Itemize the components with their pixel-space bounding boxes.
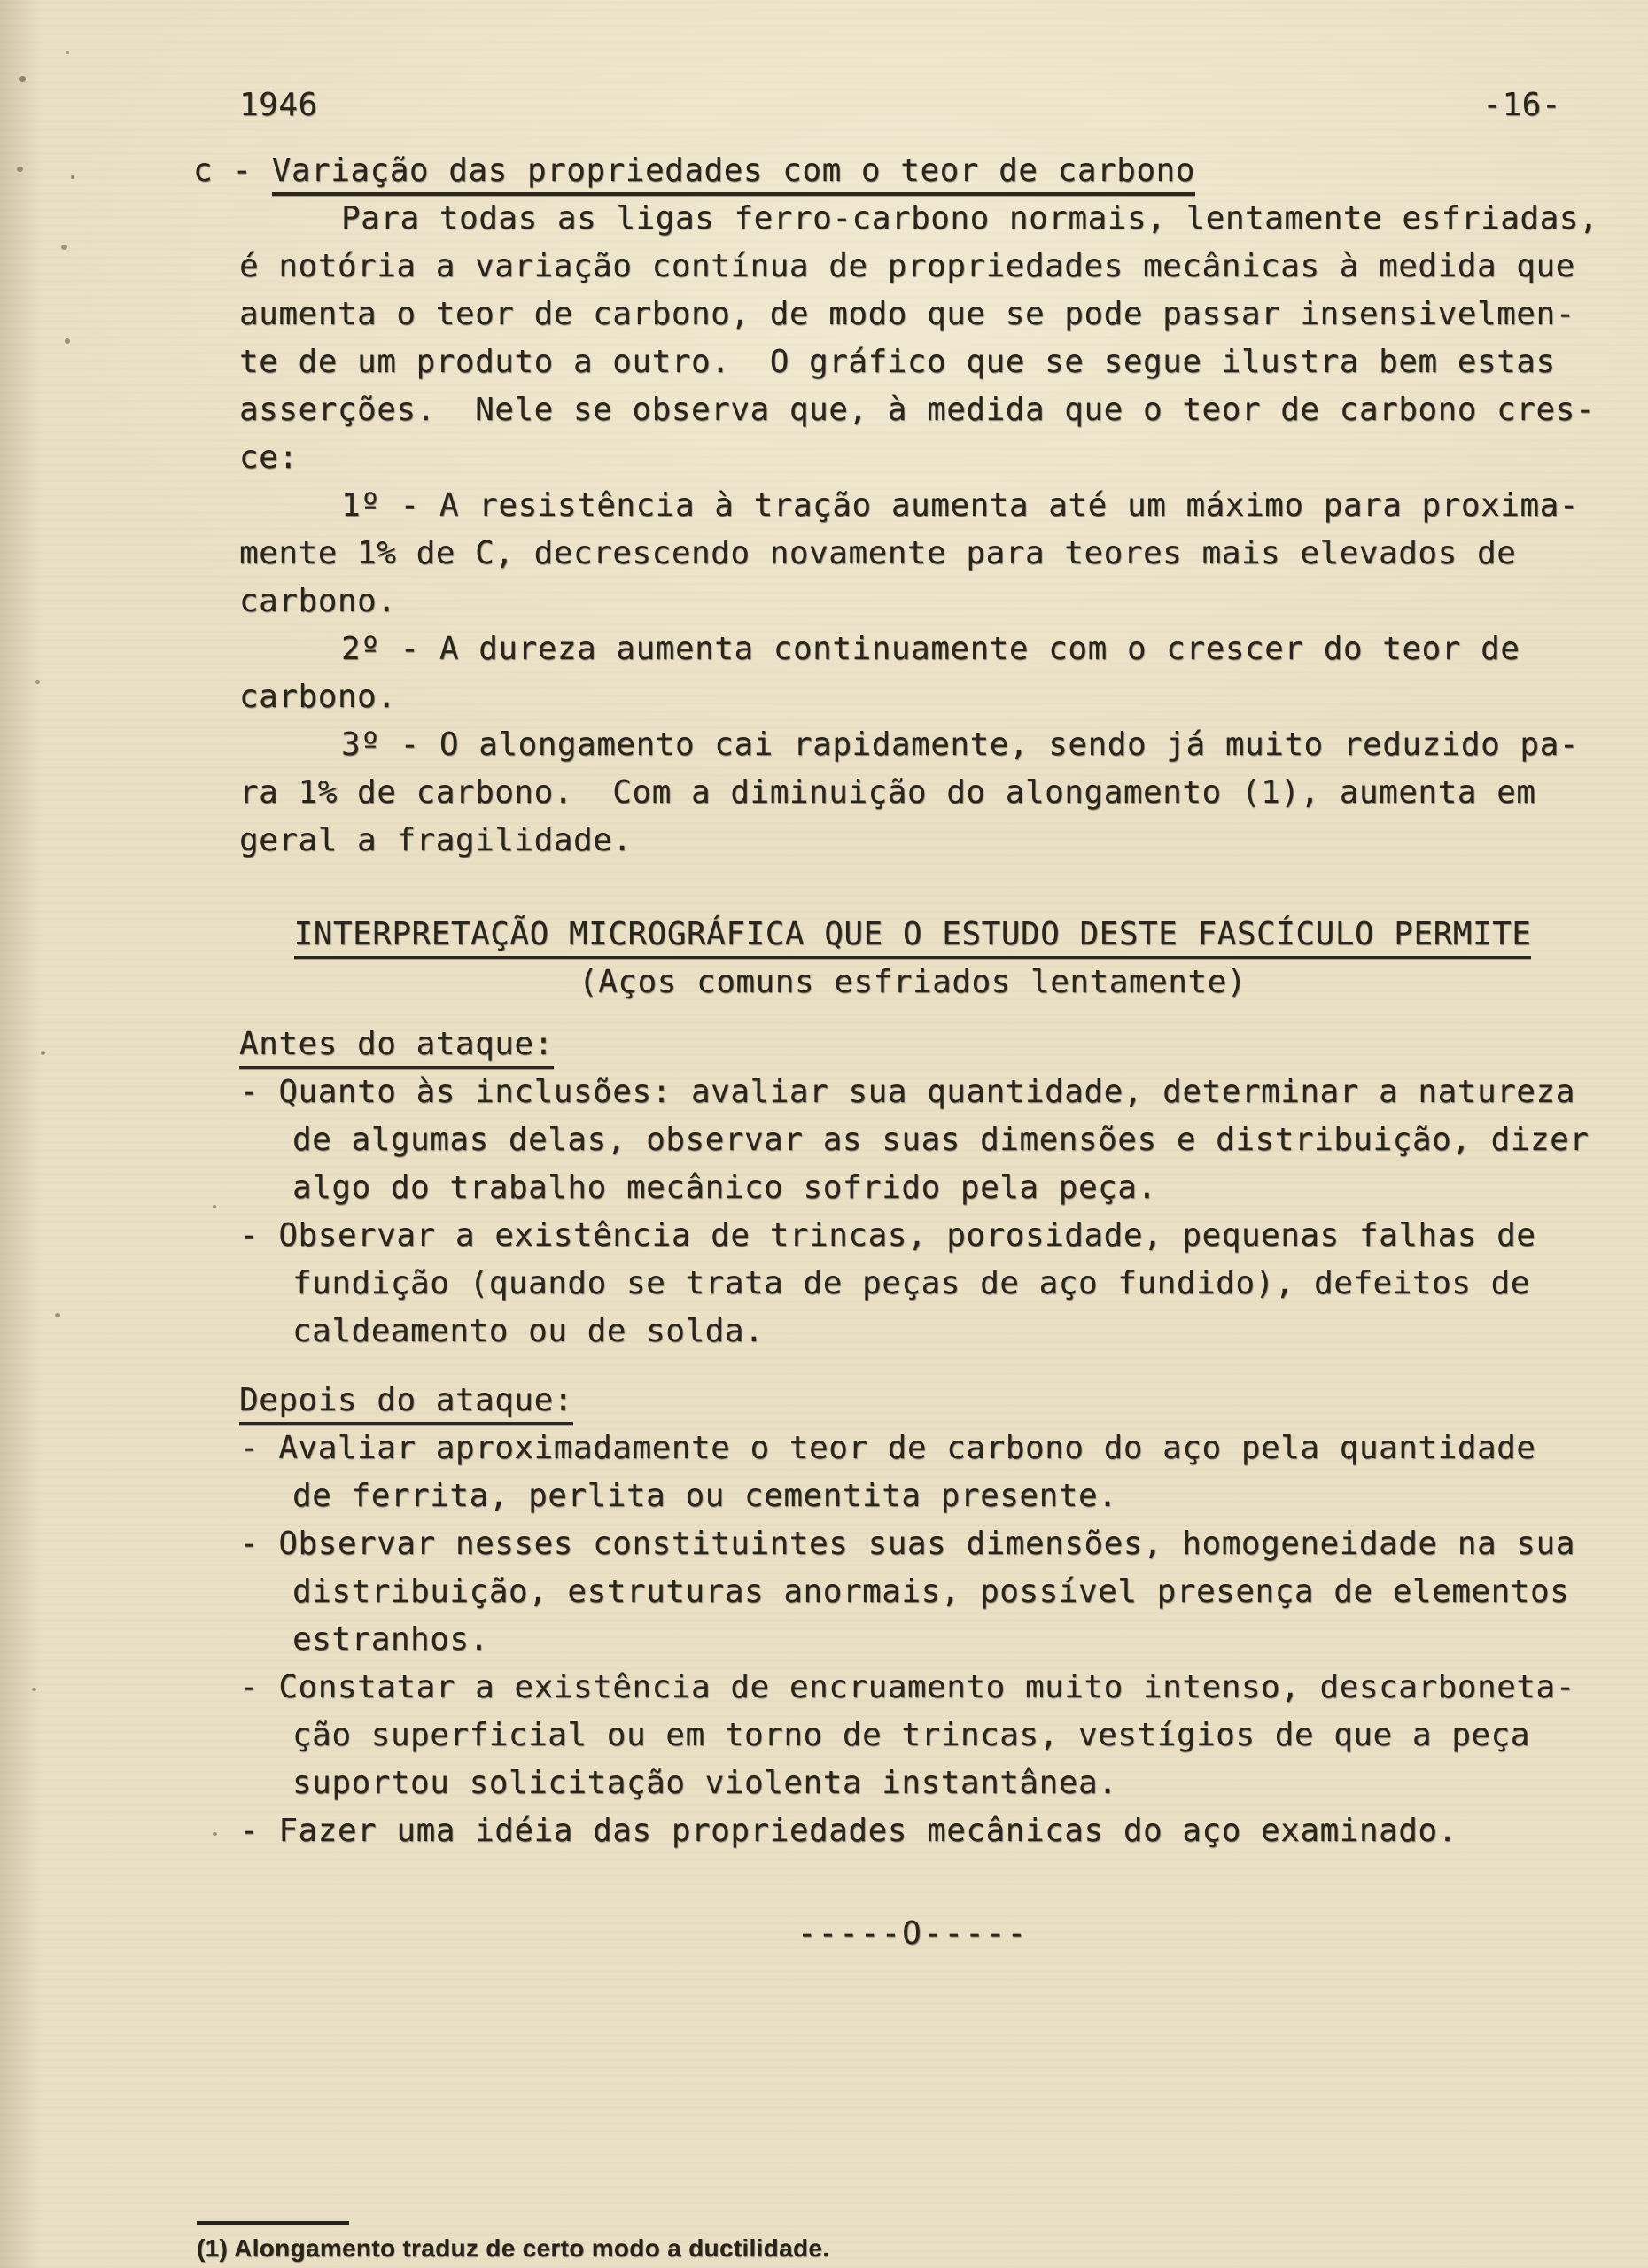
paper-speck bbox=[71, 175, 74, 179]
list-line: - Observar nesses constituintes suas dim… bbox=[239, 1520, 1586, 1568]
list-line: caldeamento ou de solda. bbox=[239, 1308, 1586, 1355]
page-header: 1946 -16- bbox=[239, 82, 1586, 129]
section-c-heading: c - Variação das propriedades com o teor… bbox=[193, 147, 1586, 195]
paper-speck bbox=[19, 76, 26, 82]
list-line: algo do trabalho mecânico sofrido pela p… bbox=[239, 1164, 1586, 1212]
paragraph-line: te de um produto a outro. O gráfico que … bbox=[239, 338, 1586, 386]
page-number: -16- bbox=[1482, 82, 1561, 129]
numbered-item-line: 1º - A resistência à tração aumenta até … bbox=[239, 482, 1586, 530]
paragraph-line: ra 1% de carbono. Com a diminuição do al… bbox=[239, 769, 1586, 817]
paper-speck bbox=[66, 51, 69, 54]
binding-shadow bbox=[0, 0, 41, 2268]
list-line: distribuição, estruturas anormais, possí… bbox=[239, 1568, 1586, 1616]
paper-speck bbox=[17, 167, 23, 172]
paragraph-line: mente 1% de C, decrescendo novamente par… bbox=[239, 530, 1586, 578]
interpretation-subtitle: (Aços comuns esfriados lentamente) bbox=[239, 959, 1586, 1006]
list-line: de algumas delas, observar as suas dimen… bbox=[239, 1116, 1586, 1164]
paper-speck bbox=[55, 1313, 60, 1317]
paragraph-line: é notória a variação contínua de proprie… bbox=[239, 243, 1586, 291]
list-line: de ferrita, perlita ou cementita present… bbox=[239, 1472, 1586, 1520]
footnote-text: (1) Alongamento traduz de certo modo a d… bbox=[197, 2234, 829, 2263]
list-line: suportou solicitação violenta instantâne… bbox=[239, 1759, 1586, 1807]
paper-speck bbox=[41, 1051, 45, 1055]
list-line: - Observar a existência de trincas, poro… bbox=[239, 1212, 1586, 1260]
paragraph-line: asserções. Nele se observa que, à medida… bbox=[239, 386, 1586, 434]
section-c-prefix: c - bbox=[193, 152, 272, 189]
paragraph-line: Para todas as ligas ferro-carbono normai… bbox=[239, 195, 1586, 243]
page-content: 1946 -16- c - Variação das propriedades … bbox=[0, 0, 1648, 1958]
footnote-rule bbox=[197, 2221, 349, 2225]
interpretation-title: INTERPRETAÇÃO MICROGRÁFICA QUE O ESTUDO … bbox=[239, 911, 1586, 959]
paper-speck bbox=[35, 680, 40, 684]
list-line: fundição (quando se trata de peças de aç… bbox=[239, 1260, 1586, 1308]
paper-speck bbox=[61, 245, 67, 250]
paper-speck bbox=[65, 338, 70, 344]
paper-speck bbox=[213, 1832, 217, 1836]
paragraph-line: geral a fragilidade. bbox=[239, 817, 1586, 865]
numbered-item-line: 2º - A dureza aumenta continuamente com … bbox=[239, 625, 1586, 673]
scanned-document-page: 1946 -16- c - Variação das propriedades … bbox=[0, 0, 1648, 2268]
paper-speck bbox=[213, 1205, 216, 1208]
list-line: estranhos. bbox=[239, 1616, 1586, 1664]
paragraph-line: ce: bbox=[239, 434, 1586, 482]
paragraph-line: aumenta o teor de carbono, de modo que s… bbox=[239, 291, 1586, 338]
after-attack-heading: Depois do ataque: bbox=[239, 1377, 1586, 1425]
list-line: - Constatar a existência de encruamento … bbox=[239, 1664, 1586, 1712]
before-attack-heading: Antes do ataque: bbox=[239, 1021, 1586, 1068]
paragraph-line: carbono. bbox=[239, 578, 1586, 625]
list-line: - Fazer uma idéia das propriedades mecân… bbox=[239, 1807, 1586, 1855]
footnote: (1) Alongamento traduz de certo modo a d… bbox=[197, 2221, 829, 2263]
numbered-item-line: 3º - O alongamento cai rapidamente, send… bbox=[239, 721, 1586, 769]
list-line: - Avaliar aproximadamente o teor de carb… bbox=[239, 1425, 1586, 1472]
paper-speck bbox=[32, 1688, 36, 1691]
end-divider: -----O----- bbox=[239, 1910, 1586, 1958]
list-line: - Quanto às inclusões: avaliar sua quant… bbox=[239, 1068, 1586, 1116]
section-c-title: Variação das propriedades com o teor de … bbox=[272, 152, 1195, 196]
paragraph-line: carbono. bbox=[239, 673, 1586, 721]
page-year: 1946 bbox=[239, 82, 318, 129]
list-line: ção superficial ou em torno de trincas, … bbox=[239, 1712, 1586, 1759]
